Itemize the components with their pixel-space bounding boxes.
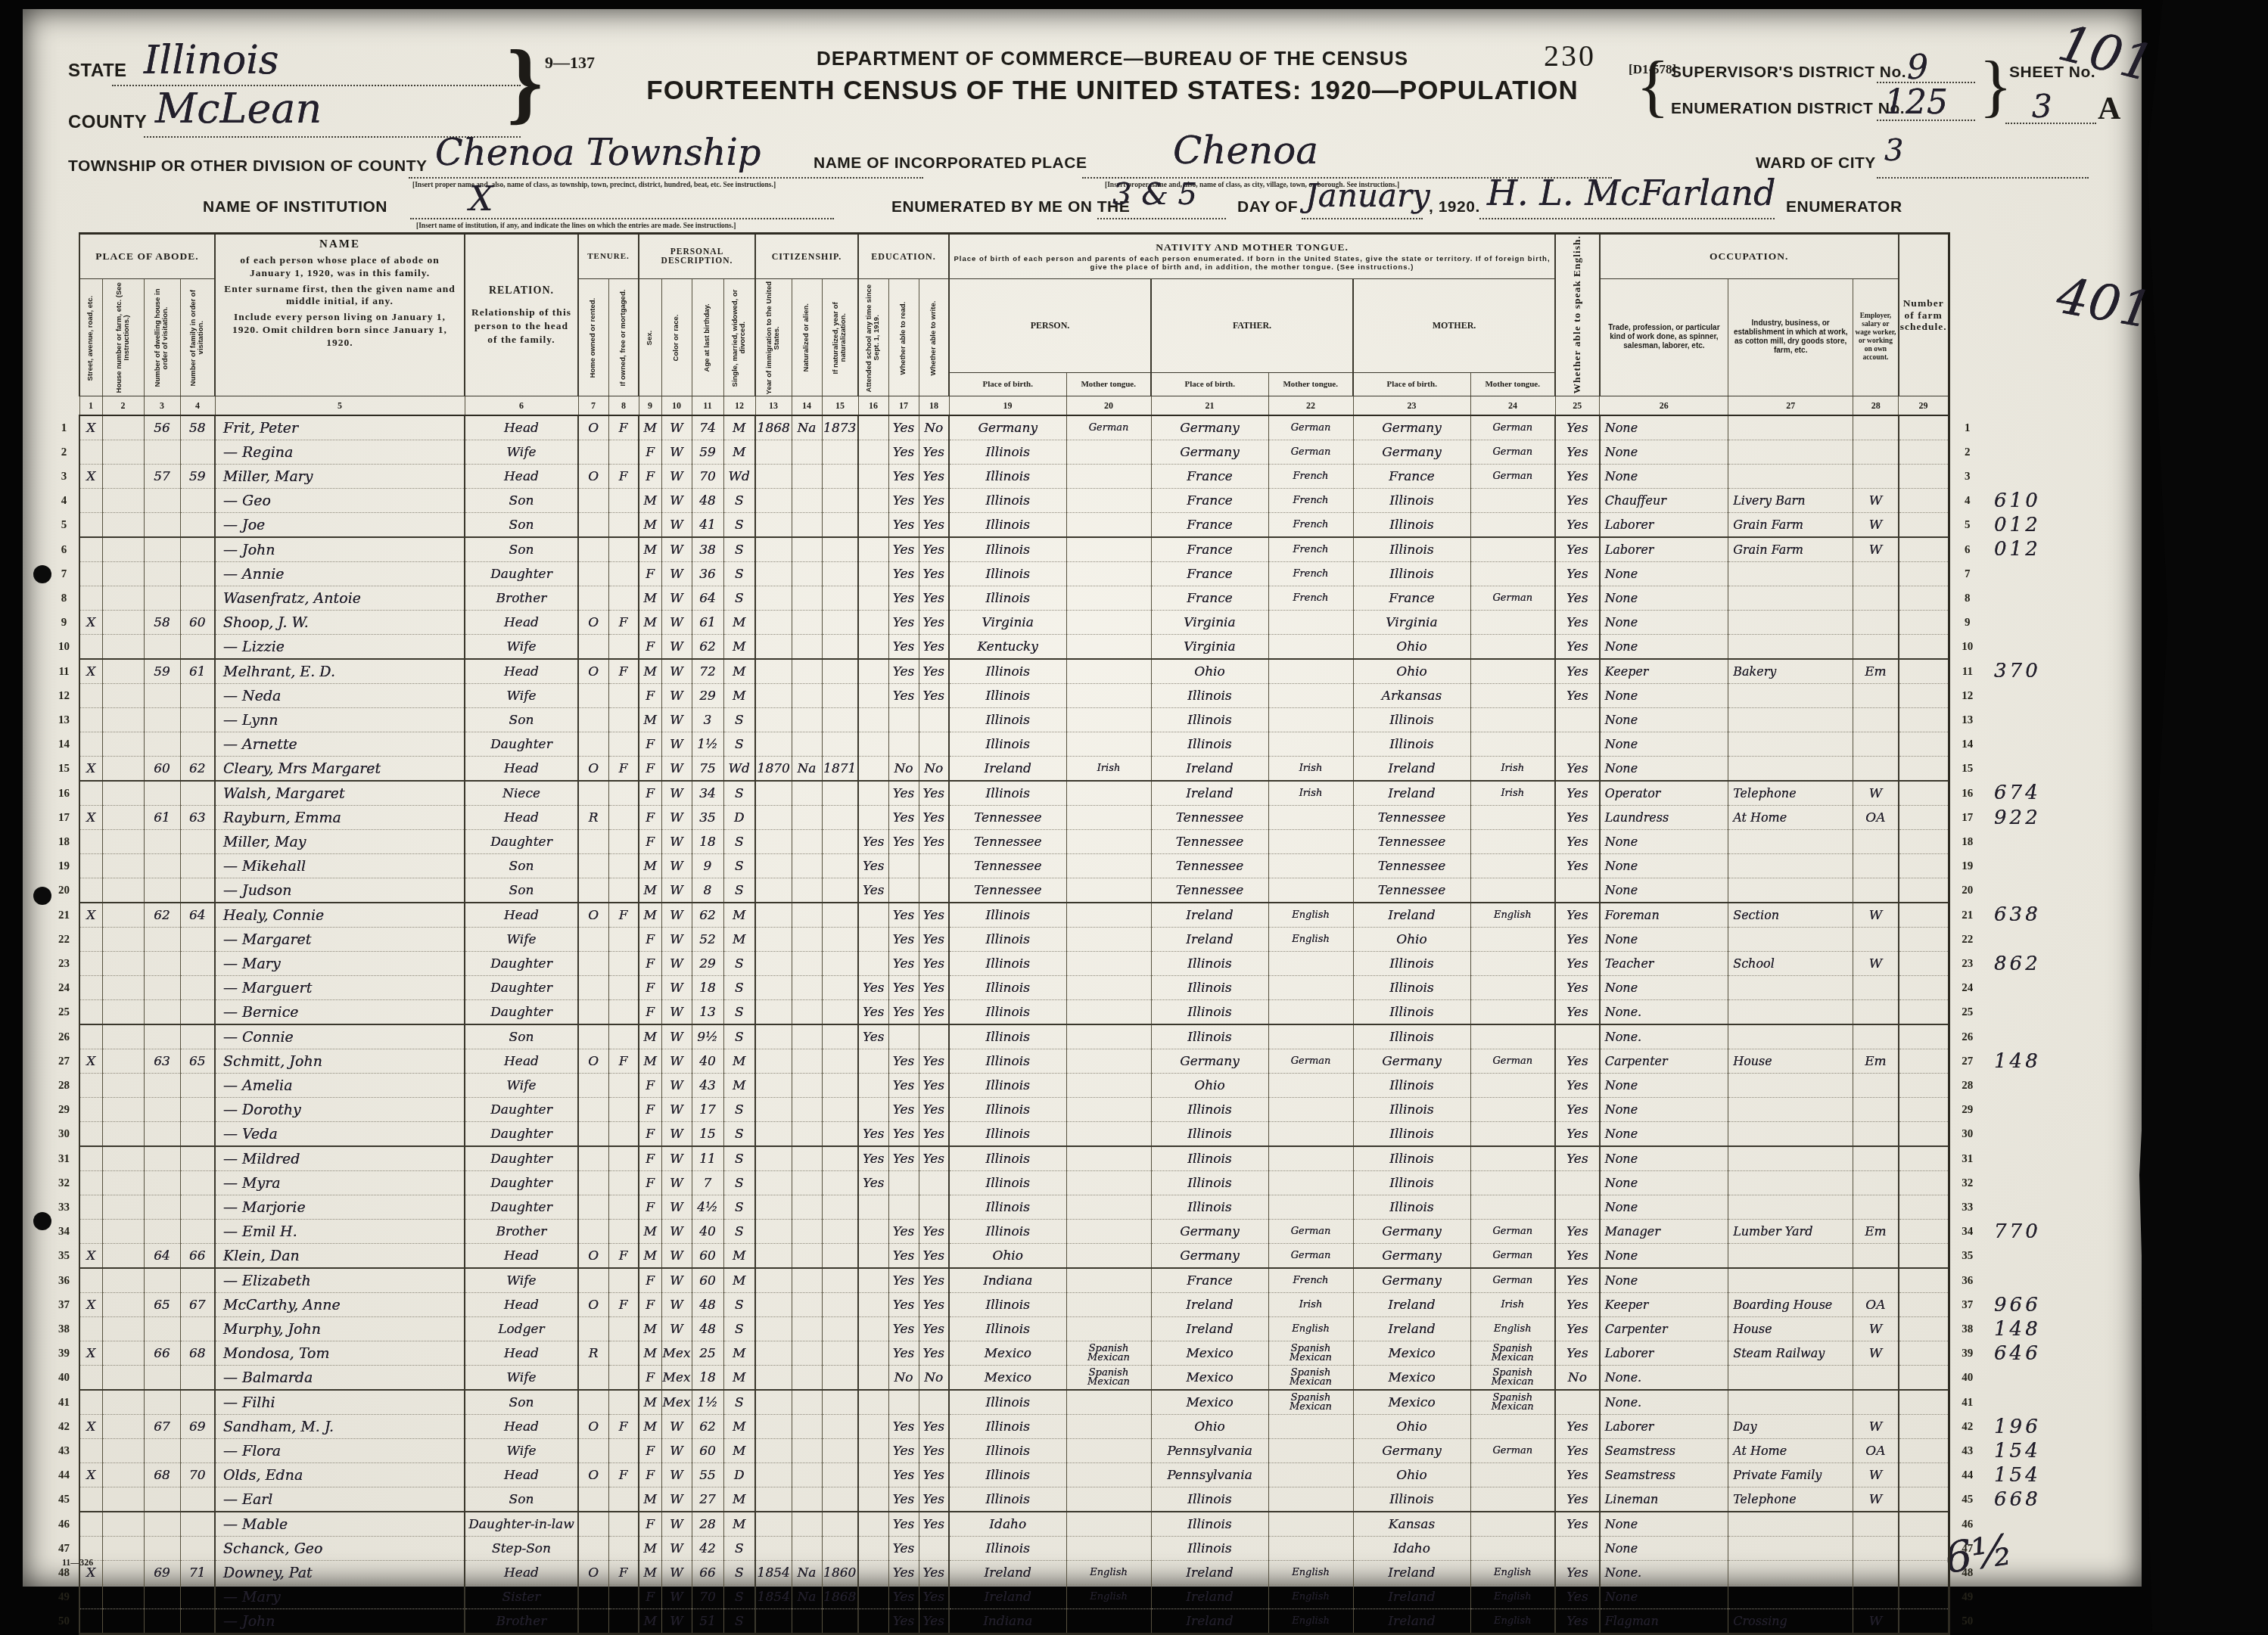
cell-col7: O: [578, 659, 608, 684]
cell-col22: [1268, 878, 1353, 903]
cell-col15: [822, 976, 858, 1000]
cell-col16: [858, 1244, 888, 1269]
cell-col1: [79, 1317, 102, 1341]
cell-col7: O: [578, 611, 608, 635]
cell-col2: [102, 1024, 144, 1049]
cell-col2: [102, 684, 144, 708]
cell-col2: [102, 1317, 144, 1341]
cell-col13: [755, 635, 792, 660]
cell-col11: 52: [692, 928, 723, 952]
cell-col28: W: [1853, 1341, 1899, 1366]
cell-col10: W: [661, 1244, 692, 1269]
cell-col21: Illinois: [1151, 1024, 1268, 1049]
cell-col1: [79, 928, 102, 952]
cell-col2: [102, 1122, 144, 1147]
column-number-14: 14: [792, 396, 822, 416]
cell-col10: W: [661, 635, 692, 660]
margin-number: [1985, 976, 2068, 1000]
day-of-label: DAY OF: [1237, 198, 1298, 216]
cell-col15: [822, 928, 858, 952]
cell-col21: Ireland: [1151, 1317, 1268, 1341]
cell-col22: French: [1268, 465, 1353, 489]
cell-col18: Yes: [919, 684, 949, 708]
cell-col17: [888, 854, 919, 878]
cell-col16: [858, 586, 888, 611]
supervisor-label: SUPERVISOR'S DISTRICT No.: [1671, 64, 1906, 82]
cell-col2: [102, 562, 144, 586]
cell-col13: [755, 1220, 792, 1244]
cell-col24: [1470, 806, 1555, 830]
cell-col3: [144, 684, 180, 708]
cell-col29: [1899, 1195, 1949, 1220]
cell-col10: W: [661, 1609, 692, 1632]
table-row: 9X5860Shoop, J. W.HeadOFMW61MYesYesVirgi…: [49, 611, 2068, 635]
table-row: 19— MikehallSonMW9SYesTennesseeTennessee…: [49, 854, 2068, 878]
cell-col2: [102, 732, 144, 757]
cell-col26: None: [1600, 732, 1728, 757]
cell-col26: None: [1600, 1512, 1728, 1537]
cell-col6: Step-Son: [465, 1537, 578, 1561]
cell-col29: [1899, 806, 1949, 830]
col27-header: Industry, business, or establishment in …: [1728, 279, 1853, 396]
cell-col24: German: [1470, 1244, 1555, 1269]
cell-col23: Arkansas: [1353, 684, 1470, 708]
cell-col15: [822, 1122, 858, 1147]
cell-col7: O: [578, 757, 608, 782]
cell-col4: [180, 562, 215, 586]
cell-col8: F: [608, 903, 639, 928]
cell-col24: [1470, 562, 1555, 586]
cell-col7: [578, 1195, 608, 1220]
cell-col22: [1268, 1415, 1353, 1439]
cell-col22: French: [1268, 586, 1353, 611]
cell-col24: English: [1470, 1609, 1555, 1632]
cell-col20: [1066, 830, 1151, 854]
table-row: 7— AnnieDaughterFW36SYesYesIllinoisFranc…: [49, 562, 2068, 586]
margin-number: [1985, 1561, 2068, 1585]
cell-col9: M: [639, 489, 661, 513]
cell-col6: Head: [465, 1463, 578, 1487]
cell-col16: Yes: [858, 1146, 888, 1171]
cell-col6: Son: [465, 1487, 578, 1512]
cell-col9: F: [639, 1146, 661, 1171]
cell-col6: Wife: [465, 440, 578, 465]
cell-col26: None: [1600, 1146, 1728, 1171]
cell-col23: Germany: [1353, 1049, 1470, 1074]
cell-col11: 34: [692, 781, 723, 806]
cell-col1: X: [79, 659, 102, 684]
cell-col13: [755, 1317, 792, 1341]
cell-col18: Yes: [919, 952, 949, 976]
line-number-right: 17: [1949, 806, 1985, 830]
cell-col10: W: [661, 1585, 692, 1609]
cell-col14: [792, 1487, 822, 1512]
cell-col19: Illinois: [949, 1487, 1066, 1512]
cell-col6: Son: [465, 854, 578, 878]
cell-col16: [858, 1512, 888, 1537]
cell-col4: [180, 976, 215, 1000]
sheet-letter: A: [2098, 91, 2120, 127]
cell-col21: Ohio: [1151, 1074, 1268, 1098]
cell-col18: Yes: [919, 1244, 949, 1269]
cell-col18: [919, 1024, 949, 1049]
cell-col21: Ohio: [1151, 659, 1268, 684]
column-number-3: 3: [144, 396, 180, 416]
cell-col8: [608, 1341, 639, 1366]
cell-col27: [1728, 1074, 1853, 1098]
cell-col23: Ireland: [1353, 1317, 1470, 1341]
cell-col26: None: [1600, 1074, 1728, 1098]
cell-col25: Yes: [1555, 489, 1600, 513]
cell-col6: Daughter: [465, 562, 578, 586]
column-number-7: 7: [578, 396, 608, 416]
cell-col10: Mex: [661, 1366, 692, 1391]
cell-col22: [1268, 1487, 1353, 1512]
margin-number: [1985, 1537, 2068, 1561]
margin-number: [1985, 1024, 2068, 1049]
cell-col14: [792, 1537, 822, 1561]
cell-col22: Irish: [1268, 781, 1353, 806]
cell-col24: German: [1470, 440, 1555, 465]
cell-col12: S: [723, 1098, 755, 1122]
cell-col24: German: [1470, 415, 1555, 440]
cell-col5: — Mary: [215, 952, 465, 976]
scan-edge-shadow: [2139, 0, 2268, 1632]
line-number-right: 34: [1949, 1220, 1985, 1244]
cell-col22: [1268, 1195, 1353, 1220]
cell-col16: [858, 1585, 888, 1609]
column-number-16: 16: [858, 396, 888, 416]
cell-col12: M: [723, 928, 755, 952]
cell-col18: Yes: [919, 1000, 949, 1025]
cell-col29: [1899, 635, 1949, 660]
margin-number: 196: [1985, 1415, 2068, 1439]
cell-col24: [1470, 1171, 1555, 1195]
line-number-left: 1: [49, 415, 79, 440]
cell-col26: None: [1600, 830, 1728, 854]
line-number-left: 30: [49, 1122, 79, 1147]
cell-col28: [1853, 1537, 1899, 1561]
line-number-right: 22: [1949, 928, 1985, 952]
mother-header: MOTHER.: [1353, 279, 1555, 373]
cell-col9: F: [639, 806, 661, 830]
brace-right-open: {: [1636, 45, 1669, 126]
cell-col28: [1853, 465, 1899, 489]
cell-col3: 67: [144, 1415, 180, 1439]
cell-col22: [1268, 1122, 1353, 1147]
cell-col1: [79, 1195, 102, 1220]
cell-col29: [1899, 1537, 1949, 1561]
cell-col27: [1728, 1098, 1853, 1122]
cell-col26: None: [1600, 440, 1728, 465]
cell-col29: [1899, 732, 1949, 757]
cell-col19: Illinois: [949, 1463, 1066, 1487]
cell-col26: None: [1600, 1244, 1728, 1269]
stamp-number: 230: [1544, 38, 1596, 73]
cell-col25: Yes: [1555, 1341, 1600, 1366]
cell-col16: [858, 708, 888, 732]
cell-col1: [79, 830, 102, 854]
cell-col2: [102, 952, 144, 976]
cell-col11: 15: [692, 1122, 723, 1147]
line-number-left: 46: [49, 1512, 79, 1537]
cell-col12: S: [723, 1317, 755, 1341]
col7-header: Home owned or rented.: [578, 279, 608, 396]
cell-col23: France: [1353, 465, 1470, 489]
cell-col21: Illinois: [1151, 1512, 1268, 1537]
cell-col12: S: [723, 1024, 755, 1049]
line-number-right: 25: [1949, 1000, 1985, 1025]
cell-col5: — Earl: [215, 1487, 465, 1512]
cell-col7: O: [578, 1293, 608, 1317]
cell-col20: English: [1066, 1585, 1151, 1609]
cell-col12: M: [723, 1439, 755, 1463]
cell-col2: [102, 928, 144, 952]
cell-col1: X: [79, 1415, 102, 1439]
cell-col15: [822, 465, 858, 489]
cell-col15: [822, 1609, 858, 1632]
cell-col15: [822, 708, 858, 732]
cell-col9: M: [639, 1220, 661, 1244]
cell-col17: [888, 1195, 919, 1220]
cell-col10: W: [661, 854, 692, 878]
cell-col12: S: [723, 489, 755, 513]
cell-col18: [919, 1171, 949, 1195]
cell-col8: [608, 1512, 639, 1537]
cell-col1: [79, 1487, 102, 1512]
cell-col13: [755, 1244, 792, 1269]
cell-col23: Germany: [1353, 1244, 1470, 1269]
cell-col11: 55: [692, 1463, 723, 1487]
cell-col20: [1066, 659, 1151, 684]
col15-header: If naturalized, year of naturalization.: [822, 279, 858, 396]
cell-col25: Yes: [1555, 1293, 1600, 1317]
cell-col17: Yes: [888, 1000, 919, 1025]
cell-col8: F: [608, 465, 639, 489]
cell-col28: [1853, 684, 1899, 708]
cell-col17: Yes: [888, 1415, 919, 1439]
cell-col18: Yes: [919, 1487, 949, 1512]
cell-col18: Yes: [919, 489, 949, 513]
cell-col21: France: [1151, 465, 1268, 489]
cell-col19: Illinois: [949, 976, 1066, 1000]
cell-col6: Wife: [465, 635, 578, 660]
cell-col23: Kansas: [1353, 1512, 1470, 1537]
cell-col19: Illinois: [949, 903, 1066, 928]
cell-col24: English: [1470, 1317, 1555, 1341]
cell-col10: Mex: [661, 1341, 692, 1366]
cell-col5: Healy, Connie: [215, 903, 465, 928]
cell-col15: [822, 1317, 858, 1341]
line-number-left: 6: [49, 537, 79, 562]
cell-col3: [144, 952, 180, 976]
cell-col19: Illinois: [949, 562, 1066, 586]
cell-col4: 62: [180, 757, 215, 782]
cell-col23: Illinois: [1353, 1487, 1470, 1512]
cell-col5: — Dorothy: [215, 1098, 465, 1122]
cell-col29: [1899, 440, 1949, 465]
cell-col2: [102, 440, 144, 465]
cell-col25: Yes: [1555, 415, 1600, 440]
line-number-right: 29: [1949, 1098, 1985, 1122]
cell-col16: [858, 1537, 888, 1561]
cell-col19: Idaho: [949, 1512, 1066, 1537]
cell-col14: [792, 659, 822, 684]
cell-col14: [792, 1074, 822, 1098]
cell-col17: Yes: [888, 976, 919, 1000]
cell-col25: Yes: [1555, 1220, 1600, 1244]
cell-col27: [1728, 1195, 1853, 1220]
cell-col6: Brother: [465, 1609, 578, 1632]
cell-col6: Head: [465, 903, 578, 928]
cell-col20: [1066, 1074, 1151, 1098]
cell-col12: S: [723, 1146, 755, 1171]
cell-col25: Yes: [1555, 1268, 1600, 1293]
cell-col3: 64: [144, 1244, 180, 1269]
cell-col29: [1899, 1512, 1949, 1537]
cell-col1: [79, 1146, 102, 1171]
margin-number: [1985, 1122, 2068, 1147]
cell-col13: [755, 1366, 792, 1391]
cell-col8: F: [608, 1244, 639, 1269]
cell-col27: [1728, 1390, 1853, 1415]
year-label: , 1920.: [1429, 198, 1480, 216]
cell-col10: W: [661, 1512, 692, 1537]
cell-col2: [102, 1049, 144, 1074]
cell-col14: [792, 1049, 822, 1074]
group-place-of-abode: PLACE OF ABODE.: [79, 234, 215, 279]
cell-col20: [1066, 1293, 1151, 1317]
table-row: 27X6365Schmitt, JohnHeadOFMW40MYesYesIll…: [49, 1049, 2068, 1074]
column-number-row: 1234567891011121314151617181920212223242…: [49, 396, 2068, 416]
cell-col21: Ireland: [1151, 781, 1268, 806]
cell-col2: [102, 635, 144, 660]
cell-col2: [102, 537, 144, 562]
cell-col25: [1555, 1024, 1600, 1049]
cell-col16: Yes: [858, 854, 888, 878]
cell-col24: [1470, 928, 1555, 952]
cell-col26: Chauffeur: [1600, 489, 1728, 513]
cell-col14: Na: [792, 1561, 822, 1585]
cell-col20: Spanish Mexican: [1066, 1366, 1151, 1391]
cell-col5: — Veda: [215, 1122, 465, 1147]
line-number-left: 47: [49, 1537, 79, 1561]
cell-col24: [1470, 659, 1555, 684]
cell-col27: Telephone: [1728, 1487, 1853, 1512]
cell-col27: Boarding House: [1728, 1293, 1853, 1317]
cell-col5: Walsh, Margaret: [215, 781, 465, 806]
cell-col13: [755, 489, 792, 513]
cell-col27: School: [1728, 952, 1853, 976]
table-row: 47Schanck, GeoStep-SonMW42SYesIllinoisIl…: [49, 1537, 2068, 1561]
cell-col5: Wasenfratz, Antoie: [215, 586, 465, 611]
table-row: 4— GeoSonMW48SYesYesIllinoisFranceFrench…: [49, 489, 2068, 513]
column-number-9: 9: [639, 396, 661, 416]
cell-col14: [792, 537, 822, 562]
cell-col8: [608, 489, 639, 513]
cell-col10: W: [661, 1463, 692, 1487]
cell-col13: [755, 1293, 792, 1317]
cell-col27: [1728, 562, 1853, 586]
cell-col26: None: [1600, 708, 1728, 732]
margin-number: [1985, 562, 2068, 586]
cell-col2: [102, 1390, 144, 1415]
cell-col1: [79, 513, 102, 538]
cell-col1: [79, 854, 102, 878]
cell-col14: [792, 489, 822, 513]
table-row: 32— MyraDaughterFW7SYesIllinoisIllinoisI…: [49, 1171, 2068, 1195]
cell-col11: 29: [692, 684, 723, 708]
cell-col9: F: [639, 1366, 661, 1391]
line-number-right: 27: [1949, 1049, 1985, 1074]
line-number-left: 19: [49, 854, 79, 878]
state-label: STATE: [68, 61, 127, 82]
cell-col19: Tennessee: [949, 854, 1066, 878]
cell-col7: [578, 1537, 608, 1561]
cell-col20: [1066, 1609, 1151, 1632]
cell-col16: [858, 1220, 888, 1244]
cell-col19: Illinois: [949, 781, 1066, 806]
cell-col1: [79, 684, 102, 708]
cell-col23: Ireland: [1353, 1561, 1470, 1585]
cell-col6: Sister: [465, 1585, 578, 1609]
cell-col25: [1555, 1195, 1600, 1220]
cell-col24: [1470, 684, 1555, 708]
cell-col13: 1868: [755, 415, 792, 440]
cell-col22: French: [1268, 489, 1353, 513]
cell-col6: Head: [465, 1561, 578, 1585]
cell-col9: F: [639, 1171, 661, 1195]
cell-col13: [755, 1171, 792, 1195]
cell-col29: [1899, 1415, 1949, 1439]
cell-col21: Illinois: [1151, 708, 1268, 732]
cell-col29: [1899, 537, 1949, 562]
cell-col26: None: [1600, 635, 1728, 660]
line-number-left: 12: [49, 684, 79, 708]
cell-col14: [792, 952, 822, 976]
institution-value: X: [469, 180, 493, 219]
cell-col17: Yes: [888, 611, 919, 635]
cell-col6: Son: [465, 489, 578, 513]
cell-col5: Miller, Mary: [215, 465, 465, 489]
cell-col16: [858, 903, 888, 928]
cell-col29: [1899, 1341, 1949, 1366]
cell-col3: 66: [144, 1341, 180, 1366]
col2-header: House number or farm, etc. (See Instruct…: [102, 279, 144, 396]
group-name: NAME of each person whose place of abode…: [215, 234, 465, 396]
margin-number: 770: [1985, 1220, 2068, 1244]
column-number-12: 12: [723, 396, 755, 416]
cell-col10: W: [661, 1537, 692, 1561]
cell-col22: [1268, 1439, 1353, 1463]
cell-col22: [1268, 806, 1353, 830]
cell-col3: [144, 513, 180, 538]
cell-col1: [79, 1024, 102, 1049]
cell-col4: 67: [180, 1293, 215, 1317]
cell-col19: Illinois: [949, 1171, 1066, 1195]
cell-col28: [1853, 928, 1899, 952]
cell-col2: [102, 1171, 144, 1195]
cell-col18: Yes: [919, 562, 949, 586]
cell-col15: [822, 440, 858, 465]
cell-col10: W: [661, 1561, 692, 1585]
cell-col29: [1899, 1049, 1949, 1074]
cell-col23: Germany: [1353, 415, 1470, 440]
cell-col1: X: [79, 465, 102, 489]
state-value: Illinois: [144, 38, 279, 83]
cell-col23: Illinois: [1353, 562, 1470, 586]
cell-col9: F: [639, 781, 661, 806]
